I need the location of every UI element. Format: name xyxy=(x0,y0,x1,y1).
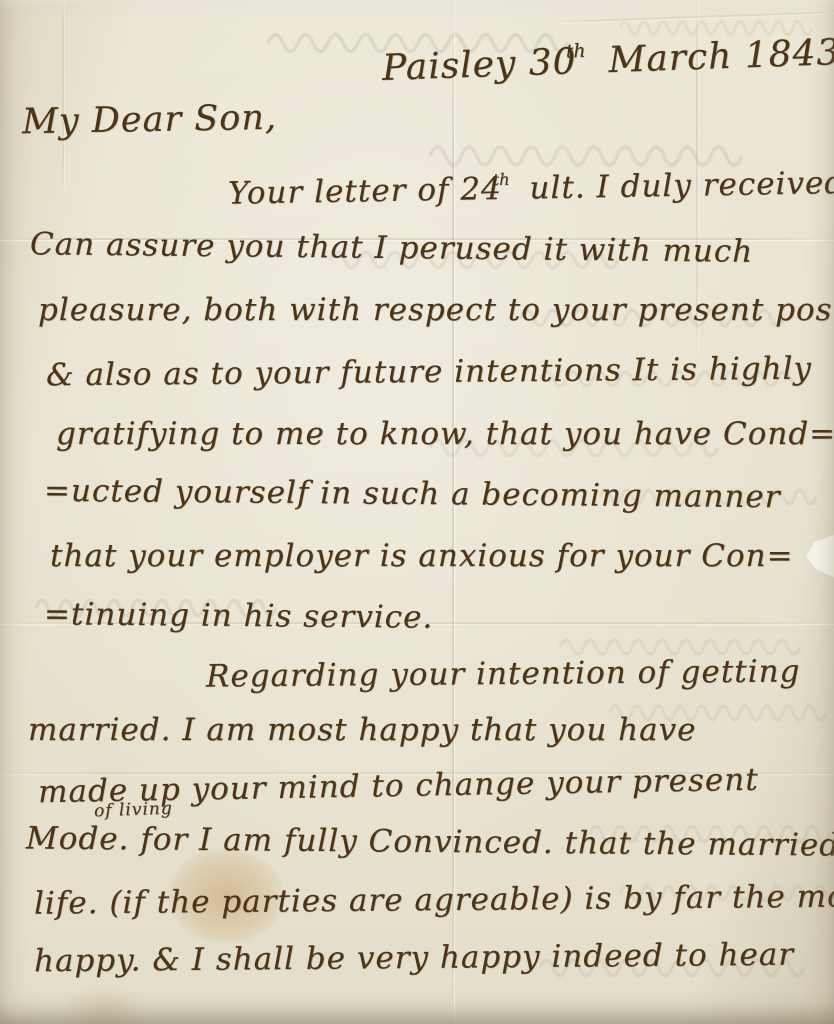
paper-tear xyxy=(806,534,834,578)
fold-crease-top-corner xyxy=(560,11,834,23)
paper-discoloration xyxy=(60,986,150,1024)
letter-scan: Paisley 30th March 1843 My Dear Son, You… xyxy=(0,0,834,1024)
letter-line: gratifying to me to know, that you have … xyxy=(56,416,834,452)
letter-line: Mode. for I am fully Convinced. that the… xyxy=(26,820,834,863)
letter-line: that your employer is anxious for your C… xyxy=(50,538,794,574)
heading-ordinal-suffix: th xyxy=(566,41,586,63)
letter-line: =tinuing in his service. xyxy=(44,596,434,635)
fold-crease-vertical-left xyxy=(62,0,64,190)
heading-date: Paisley 30th March 1843 xyxy=(381,32,834,89)
letter-line: Regarding your intention of getting xyxy=(206,653,801,694)
letter-line-opening: Your letter of 24th ult. I duly received… xyxy=(228,164,834,211)
interline-insertion: of living xyxy=(94,799,173,822)
ghost-stroke xyxy=(430,147,742,165)
letter-line: married. I am most happy that you have xyxy=(28,712,696,748)
salutation: My Dear Son, xyxy=(22,98,278,142)
heading-place-day: Paisley 30 xyxy=(381,41,577,89)
opening-superscript: th xyxy=(493,170,510,189)
ghost-stroke xyxy=(560,640,800,654)
opening-post: ult. I duly received & xyxy=(518,164,834,206)
letter-line: & also as to your future intentions It i… xyxy=(46,351,812,394)
letter-line: life. (if the parties are agreable) is b… xyxy=(34,878,834,921)
letter-line: happy. & I shall be very happy indeed to… xyxy=(34,937,794,980)
letter-line: =ucted yourself in such a becoming manne… xyxy=(44,473,781,515)
heading-month-year: March 1843 xyxy=(595,32,834,82)
ghost-stroke xyxy=(620,22,812,35)
opening-pre: Your letter of 24 xyxy=(228,171,502,212)
letter-line: Can assure you that I perused it with mu… xyxy=(30,226,754,270)
letter-line: pleasure, both with respect to your pres… xyxy=(38,292,834,328)
